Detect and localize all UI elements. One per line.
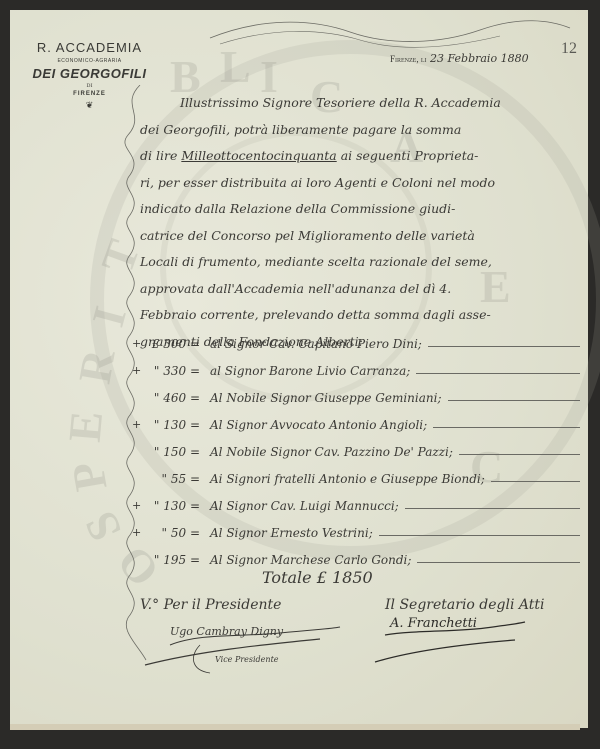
- amount-value: 130: [163, 499, 186, 513]
- president-label: V.° Per il Presidente: [140, 597, 281, 613]
- total: Totale £ 1850: [262, 568, 373, 587]
- payment-amount: " 55 =: [144, 472, 206, 486]
- payment-amount: " 130 =: [144, 418, 206, 432]
- flourish-ornament-icon: [200, 14, 580, 50]
- fill-line: [459, 454, 580, 455]
- total-label: Totale: [262, 568, 312, 587]
- payment-row: " 55 = Ai Signori fratelli Antonio e Giu…: [132, 465, 582, 492]
- currency-prefix: ": [154, 553, 160, 567]
- payment-row: + " 130 = Al Signor Cav. Luigi Mannucci;: [132, 492, 582, 519]
- check-mark: +: [132, 364, 144, 377]
- page-number: 12: [561, 40, 577, 58]
- secretary-signature-text: A. Franchetti: [390, 616, 477, 631]
- body-line: dei Georgofili, potrà liberamente pagare…: [140, 117, 580, 144]
- currency-prefix: ": [161, 526, 167, 540]
- total-value: £ 1850: [317, 568, 373, 587]
- payee: Al Signor Cav. Luigi Mannucci;: [206, 499, 399, 513]
- fill-line: [491, 481, 580, 482]
- amount-in-words: Milleottocentocinquanta: [181, 148, 336, 163]
- check-mark: +: [132, 337, 144, 350]
- fill-line: [428, 346, 580, 347]
- payee: al Signor Barone Livio Carranza;: [206, 364, 410, 378]
- letterhead-line-2: ECONOMICO-AGRARIA: [22, 58, 157, 64]
- date: 23 Febbraio 1880: [430, 52, 529, 65]
- payment-row: + " 50 = Al Signor Ernesto Vestrini;: [132, 519, 582, 546]
- president-signature-text: Ugo Cambray Digny: [170, 625, 283, 638]
- fill-line: [405, 508, 580, 509]
- amount-value: 55: [171, 472, 186, 486]
- fill-line: [433, 427, 580, 428]
- payment-list: + £ 300 = al Signor Cav. Capitano Piero …: [132, 330, 582, 573]
- amount-value: 330: [163, 364, 186, 378]
- payee: Al Nobile Signor Giuseppe Geminiani;: [206, 391, 442, 405]
- body-line: indicato dalla Relazione della Commissio…: [140, 196, 580, 223]
- fill-line: [416, 373, 580, 374]
- payment-row: + " 130 = Al Signor Avvocato Antonio Ang…: [132, 411, 582, 438]
- payment-amount: " 195 =: [144, 553, 206, 567]
- payee: Al Signor Avvocato Antonio Angioli;: [206, 418, 427, 432]
- payee: Al Signor Ernesto Vestrini;: [206, 526, 373, 540]
- body-line-end: ai seguenti Proprieta-: [341, 148, 479, 163]
- payment-amount: " 330 =: [144, 364, 206, 378]
- payment-row: " 460 = Al Nobile Signor Giuseppe Gemini…: [132, 384, 582, 411]
- amount-value: 460: [163, 391, 186, 405]
- place-date: Firenze, li 23 Febbraio 1880: [390, 52, 529, 65]
- body-line: ri, per esser distribuita ai loro Agenti…: [140, 170, 580, 197]
- currency-prefix: ": [154, 418, 160, 432]
- fill-line: [379, 535, 580, 536]
- amount-value: 130: [163, 418, 186, 432]
- check-mark: +: [132, 526, 144, 539]
- letterhead-line-3: DEI GEORGOFILI: [22, 66, 157, 81]
- amount-value: 195: [163, 553, 186, 567]
- payment-amount: " 460 =: [144, 391, 206, 405]
- payment-amount: " 50 =: [144, 526, 206, 540]
- currency-prefix: £: [152, 337, 160, 351]
- paper-edge: [10, 724, 580, 730]
- payment-row: " 150 = Al Nobile Signor Cav. Pazzino De…: [132, 438, 582, 465]
- secretary-signature: A. Franchetti: [365, 610, 545, 670]
- amount-value: 50: [171, 526, 186, 540]
- fill-line: [448, 400, 581, 401]
- payee: al Signor Cav. Capitano Piero Dini;: [206, 337, 422, 351]
- place-label: Firenze, li: [390, 54, 427, 64]
- payment-amount: " 150 =: [144, 445, 206, 459]
- seal-letter: E: [58, 409, 113, 444]
- body-line-start: di lire: [140, 148, 177, 163]
- check-mark: +: [132, 418, 144, 431]
- body-line: Locali di frumento, mediante scelta razi…: [140, 249, 580, 276]
- body-line: approvata dall'Accademia nell'adunanza d…: [140, 276, 580, 303]
- vice-president-text: Vice Presidente: [215, 655, 279, 664]
- currency-prefix: ": [154, 499, 160, 513]
- body-line: Illustrissimo Signore Tesoriere della R.…: [140, 90, 580, 117]
- payee: Al Nobile Signor Cav. Pazzino De' Pazzi;: [206, 445, 453, 459]
- body-line: di lire Milleottocentocinquanta ai segue…: [140, 143, 580, 170]
- president-signature: Ugo Cambray Digny Vice Presidente: [140, 615, 370, 685]
- body-text: Illustrissimo Signore Tesoriere della R.…: [140, 90, 580, 355]
- seal-letter: P: [61, 458, 118, 495]
- body-line: Febbraio corrente, prelevando detta somm…: [140, 302, 580, 329]
- currency-prefix: ": [154, 364, 160, 378]
- payment-amount: £ 300 =: [144, 337, 206, 351]
- payment-amount: " 130 =: [144, 499, 206, 513]
- payment-row: + £ 300 = al Signor Cav. Capitano Piero …: [132, 330, 582, 357]
- currency-prefix: ": [154, 445, 160, 459]
- payment-row: + " 330 = al Signor Barone Livio Carranz…: [132, 357, 582, 384]
- letterhead-line-1: R. ACCADEMIA: [22, 40, 157, 55]
- check-mark: +: [132, 499, 144, 512]
- amount-value: 150: [163, 445, 186, 459]
- currency-prefix: ": [154, 391, 160, 405]
- payee: Al Signor Marchese Carlo Gondi;: [206, 553, 411, 567]
- amount-value: 300: [163, 337, 186, 351]
- currency-prefix: ": [161, 472, 167, 486]
- body-line: catrice del Concorso pel Miglioramento d…: [140, 223, 580, 250]
- payee: Ai Signori fratelli Antonio e Giuseppe B…: [206, 472, 485, 486]
- fill-line: [417, 562, 580, 563]
